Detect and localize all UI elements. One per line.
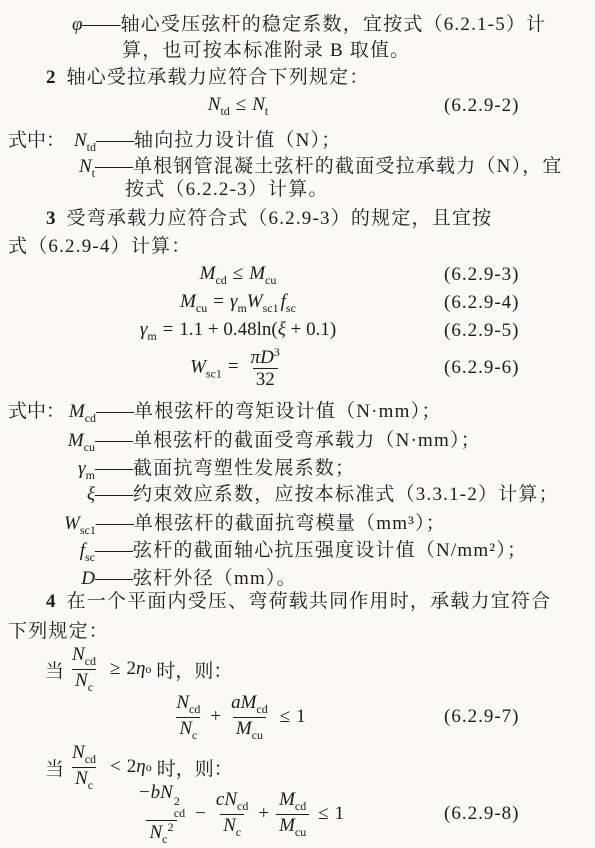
equation-body: NcdNc + aMcdMcu ≤ 1	[0, 696, 476, 738]
phi-definition-text: 轴心受压弦杆的稳定系数，宜按式（6.2.1-5）计	[121, 14, 547, 35]
definition-dash: ——	[95, 458, 133, 480]
definition-text: 单根弦杆的弯矩设计值（N·mm）；	[134, 396, 442, 423]
equation-body: −bN2cdNc2 − cNcdNc + McdMcu ≤ 1	[0, 793, 476, 835]
variable: N	[72, 644, 85, 665]
clause-item-3: 3受弯承载力应符合式（6.2.9-3）的规定，且宜按	[46, 207, 492, 231]
superscript: 2	[168, 820, 174, 834]
variable: N	[208, 94, 221, 115]
definition-text: 单根弦杆的截面受弯承载力（N·mm）；	[133, 425, 481, 452]
constant: 1	[296, 706, 306, 728]
variable: M	[279, 789, 295, 810]
subscript: cd	[85, 411, 96, 425]
subscript: o	[145, 662, 151, 677]
where-row: fsc —— 弦杆的截面轴心抗压强度设计值（N/mm²）；	[8, 535, 527, 565]
variable: N	[75, 768, 88, 789]
relation-symbol: ≤	[227, 263, 249, 284]
definition-text: 约束效应系数，应按本标准式（3.3.1-2）计算；	[133, 479, 559, 506]
definition-text: 弦杆外径（mm）。	[133, 563, 297, 590]
definition-dash: ——	[96, 130, 134, 152]
subscript: m	[237, 301, 246, 315]
fraction: NcdNc	[173, 692, 203, 742]
definition-dash: ——	[96, 513, 134, 535]
subscript: cu	[252, 728, 263, 742]
subscript: t	[265, 104, 268, 118]
variable: M	[69, 401, 85, 422]
definition-text: 单根弦杆的截面抗弯模量（mm³）；	[134, 508, 446, 535]
subscript: sc	[286, 301, 296, 315]
variable: γ	[78, 458, 86, 479]
variable: N	[74, 130, 87, 151]
definition-dash: ——	[95, 568, 133, 590]
subscript: cd	[189, 702, 200, 716]
where-label: 式中：	[8, 125, 65, 152]
subscript: cu	[295, 825, 306, 839]
variable: M	[68, 430, 84, 451]
plus-operator: +	[206, 706, 225, 728]
item-text: 在一个平面内受压、弯荷载共同作用时，承载力宜符合	[67, 591, 552, 612]
relation-symbol: <	[104, 756, 127, 778]
subscript: cd	[85, 654, 96, 668]
condition-suffix: 时，则：	[157, 754, 233, 781]
equation-number: (6.2.9-8)	[444, 803, 519, 825]
phi-definition-continuation: 算，也可按本标准附录 B 取值。	[122, 39, 410, 63]
equation-number: (6.2.9-2)	[444, 95, 519, 117]
equation-body: Mcu=γmWsc1fsc	[0, 289, 476, 317]
subscript: c	[162, 832, 167, 846]
constant: 1	[335, 803, 345, 825]
equation-6-2-9-4: Mcu=γmWsc1fsc (6.2.9-4)	[0, 289, 595, 317]
item-text: 轴心受拉承载力应符合下列规定：	[67, 67, 370, 88]
subscript: cd	[174, 807, 185, 819]
equation-number: (6.2.9-4)	[444, 292, 519, 314]
coefficient: 2	[127, 756, 137, 778]
definition-dash: ——	[95, 484, 133, 506]
symbol: Mcd	[65, 401, 96, 426]
equation-body: γm=1.1 + 0.48ln(ξ + 0.1)	[0, 317, 476, 345]
fraction: NcdNc	[69, 644, 99, 694]
item-text: 受弯承载力应符合式（6.2.9-3）的规定，且宜按	[67, 208, 493, 229]
expression-text: 1.1 + 0.48ln(	[179, 319, 277, 340]
plus-operator: +	[254, 803, 273, 825]
condition-prefix: 当	[45, 754, 64, 781]
condition-suffix: 时，则：	[156, 656, 232, 683]
fraction: aMcdMcu	[228, 692, 271, 742]
equation-6-2-9-6: Wsc1=πD332 (6.2.9-6)	[0, 347, 595, 389]
variable: N	[179, 718, 192, 739]
subscript: c	[236, 825, 241, 839]
equals-sign: =	[157, 319, 180, 340]
definition-dash: ——	[83, 14, 121, 35]
equation-6-2-9-7: NcdNc + aMcdMcu ≤ 1 (6.2.9-7)	[0, 696, 595, 738]
variable: η	[136, 756, 145, 778]
definition-dash: ——	[96, 401, 134, 423]
subscript: sc1	[263, 301, 279, 315]
subscript: c	[88, 778, 93, 792]
symbol: Nt	[64, 156, 95, 181]
relation-symbol: ≤	[230, 94, 252, 115]
variable: a	[231, 692, 241, 713]
where-row: ξ —— 约束效应系数，应按本标准式（3.3.1-2）计算；	[8, 479, 559, 509]
subscript: c	[88, 680, 93, 694]
definition-text: 轴向拉力设计值（N）；	[134, 125, 341, 152]
where-label: 式中：	[8, 396, 65, 423]
where-row: Nt —— 单根钢管混凝土弦杆的截面受拉承载力（N），宜	[8, 151, 563, 181]
condition-prefix: 当	[45, 656, 64, 683]
equation-body: Wsc1=πD332	[0, 347, 476, 389]
equals-sign: =	[222, 356, 245, 377]
equation-6-2-9-5: γm=1.1 + 0.48ln(ξ + 0.1) (6.2.9-5)	[0, 317, 595, 345]
definition-text: 弦杆的截面轴心抗压强度设计值（N/mm²）；	[133, 535, 527, 562]
variable: N	[72, 742, 85, 763]
where-row: D —— 弦杆外径（mm）。	[8, 563, 297, 593]
variable: −b	[138, 782, 160, 803]
definition-dash: ——	[95, 156, 133, 178]
equals-sign: =	[207, 291, 230, 312]
where-row: Mcu —— 单根弦杆的截面受弯承载力（N·mm）；	[8, 425, 481, 455]
superscript-subscript-stack: 2cd	[174, 795, 185, 819]
denominator: 32	[253, 368, 278, 390]
equation-6-2-9-3: Mcd≤Mcu (6.2.9-3)	[0, 261, 595, 289]
symbol: Mcu	[64, 430, 95, 455]
variable: N	[79, 156, 92, 177]
subscript: cd	[256, 702, 267, 716]
fraction: NcdNc	[69, 742, 99, 792]
minus-operator: −	[191, 803, 210, 825]
where-row: Wsc1 —— 单根弦杆的截面抗弯模量（mm³）；	[8, 508, 446, 538]
coefficient: 2	[126, 658, 136, 680]
subscript: cd	[237, 799, 248, 813]
variable: N	[176, 692, 189, 713]
item-number: 3	[46, 208, 56, 229]
equation-number: (6.2.9-6)	[444, 357, 519, 379]
relation-symbol: ≥	[104, 658, 126, 680]
symbol: fsc	[64, 540, 95, 565]
subscript: sc	[85, 550, 95, 564]
variable: M	[249, 263, 265, 284]
relation-symbol: ≤	[274, 706, 296, 728]
symbol: ξ	[64, 484, 95, 509]
subscript: cu	[196, 301, 207, 315]
phi-symbol: φ	[72, 14, 83, 35]
document-page: φ——轴心受压弦杆的稳定系数，宜按式（6.2.1-5）计 算，也可按本标准附录 …	[0, 0, 595, 848]
equation-number: (6.2.9-7)	[444, 706, 519, 728]
equation-number: (6.2.9-5)	[444, 320, 519, 342]
relation-symbol: ≤	[312, 803, 334, 825]
definition-dash: ——	[95, 430, 133, 452]
condition-line-1: 当 NcdNc ≥ 2ηo 时，则：	[45, 648, 237, 690]
variable: M	[241, 692, 257, 713]
variable: D	[260, 347, 274, 368]
equation-number: (6.2.9-3)	[444, 264, 519, 286]
variable: N	[149, 822, 162, 843]
subscript: cd	[295, 799, 306, 813]
item-number: 2	[46, 67, 56, 88]
variable: M	[236, 718, 252, 739]
clause-item-2: 2轴心受拉承载力应符合下列规定：	[46, 66, 370, 90]
definition-dash: ——	[95, 540, 133, 562]
variable: M	[200, 263, 216, 284]
item-number: 4	[46, 591, 56, 612]
variable: N	[252, 94, 265, 115]
subscript: cd	[85, 752, 96, 766]
fraction: πD332	[248, 346, 283, 391]
fraction: −bN2cdNc2	[135, 782, 188, 846]
fraction: McdMcu	[276, 789, 309, 839]
equation-6-2-9-2: Ntd≤Nt (6.2.9-2)	[0, 92, 595, 120]
where-row: 式中： Mcd —— 单根弦杆的弯矩设计值（N·mm）；	[8, 396, 442, 426]
superscript: 3	[274, 345, 280, 359]
variable: M	[279, 815, 295, 836]
variable: N	[160, 782, 173, 803]
subscript: cd	[215, 273, 226, 287]
definition-text: 单根钢管混凝土弦杆的截面受拉承载力（N），宜	[133, 151, 563, 178]
fraction: cNcdNc	[213, 789, 251, 839]
clause-item-4: 4在一个平面内受压、弯荷载共同作用时，承载力宜符合	[46, 590, 551, 614]
equation-body: Mcd≤Mcu	[0, 261, 476, 289]
variable: W	[190, 356, 206, 377]
variable: N	[223, 815, 236, 836]
variable: η	[136, 658, 145, 680]
subscript: sc1	[206, 366, 222, 380]
subscript: cu	[265, 273, 276, 287]
variable: D	[81, 568, 95, 589]
variable: ξ	[87, 484, 95, 505]
expression-text: + 0.1)	[286, 319, 336, 340]
subscript: c	[192, 728, 197, 742]
pi-symbol: π	[251, 347, 261, 368]
variable: N	[75, 670, 88, 691]
definition-continuation: 按式（6.2.2-3）计算。	[125, 178, 329, 202]
phi-definition-line: φ——轴心受压弦杆的稳定系数，宜按式（6.2.1-5）计	[72, 13, 546, 37]
clause-item-3-continuation: 式（6.2.9-4）计算：	[8, 235, 191, 259]
subscript: o	[146, 760, 152, 775]
equation-body: Ntd≤Nt	[0, 92, 476, 120]
variable: M	[180, 291, 196, 312]
variable: W	[247, 291, 263, 312]
subscript: m	[147, 329, 156, 343]
variable: W	[64, 513, 80, 534]
subscript: cu	[84, 440, 95, 454]
equation-6-2-9-8: −bN2cdNc2 − cNcdNc + McdMcu ≤ 1 (6.2.9-8…	[0, 793, 595, 835]
definition-text: 截面抗弯塑性发展系数；	[133, 453, 355, 480]
variable: ξ	[278, 319, 286, 340]
clause-item-4-continuation: 下列规定：	[8, 620, 109, 644]
variable: N	[224, 789, 237, 810]
subscript: td	[220, 104, 229, 118]
